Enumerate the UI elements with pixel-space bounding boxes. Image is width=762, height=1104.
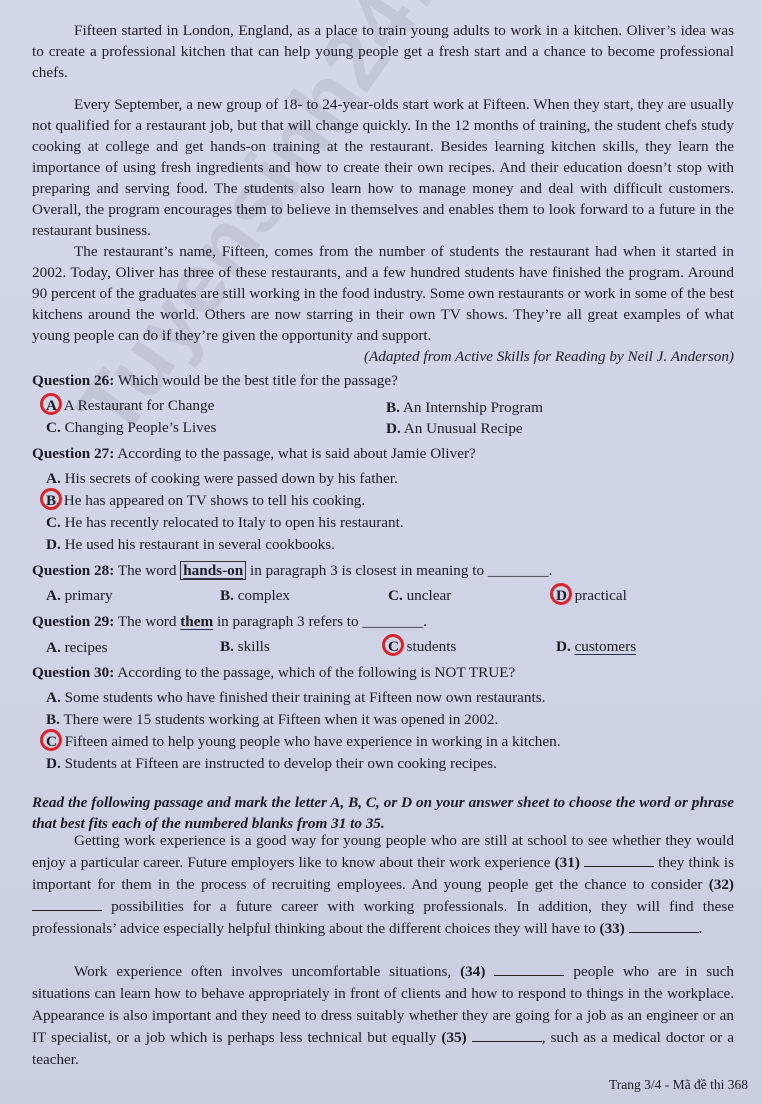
blank-33[interactable] xyxy=(629,920,699,933)
q30-option-a[interactable]: A. Some students who have finished their… xyxy=(46,687,545,708)
q30-option-b[interactable]: B. There were 15 students working at Fif… xyxy=(46,709,498,730)
question-28: Question 28: The word hands-on in paragr… xyxy=(32,560,734,581)
blank-35[interactable] xyxy=(472,1029,542,1042)
q26-option-d[interactable]: D. An Unusual Recipe xyxy=(386,418,523,439)
q30-option-c[interactable]: C. Fifteen aimed to help young people wh… xyxy=(46,731,561,752)
q26-option-c[interactable]: C. Changing People’s Lives xyxy=(46,417,216,438)
question-30: Question 30: According to the passage, w… xyxy=(32,662,734,683)
q27-option-d[interactable]: D. He used his restaurant in several coo… xyxy=(46,534,335,555)
keyword: hands-on xyxy=(180,561,246,580)
passage2-para2: Work experience often involves uncomfort… xyxy=(32,961,734,1071)
question-26: Question 26: Which would be the best tit… xyxy=(32,370,734,391)
q29-option-b[interactable]: B. skills xyxy=(220,636,270,657)
blank-31[interactable] xyxy=(584,854,654,867)
q26-option-b[interactable]: B. An Internship Program xyxy=(386,397,543,418)
q29-option-c[interactable]: C. students xyxy=(388,636,456,657)
page-footer: Trang 3/4 - Mã đề thi 368 xyxy=(609,1074,748,1095)
q26-option-a[interactable]: A. A Restaurant for Change xyxy=(46,395,214,416)
question-text: Which would be the best title for the pa… xyxy=(118,372,398,389)
passage1-para2: Every September, a new group of 18- to 2… xyxy=(32,94,734,241)
passage1-para1: Fifteen started in London, England, as a… xyxy=(32,20,734,83)
passage1-source: (Adapted from Active Skills for Reading … xyxy=(32,346,734,367)
q27-option-b[interactable]: B. He has appeared on TV shows to tell h… xyxy=(46,490,365,511)
passage1-para3: The restaurant’s name, Fifteen, comes fr… xyxy=(32,241,734,346)
q29-option-a[interactable]: A. recipes xyxy=(46,637,108,658)
q27-option-c[interactable]: C. He has recently relocated to Italy to… xyxy=(46,512,404,533)
passage2-para1: Getting work experience is a good way fo… xyxy=(32,830,734,940)
instruction: Read the following passage and mark the … xyxy=(32,792,734,834)
exam-page: Tuyensinh247.com Fifteen started in Lond… xyxy=(0,0,762,1104)
keyword: them xyxy=(180,613,213,630)
q30-option-d[interactable]: D. Students at Fifteen are instructed to… xyxy=(46,753,497,774)
question-27: Question 27: According to the passage, w… xyxy=(32,443,734,464)
q28-option-a[interactable]: A. primary xyxy=(46,585,113,606)
question-29: Question 29: The word them in paragraph … xyxy=(32,611,734,632)
q29-option-d[interactable]: D. customers xyxy=(556,636,636,657)
q27-option-a[interactable]: A. His secrets of cooking were passed do… xyxy=(46,468,398,489)
q28-option-b[interactable]: B. complex xyxy=(220,585,290,606)
q28-option-c[interactable]: C. unclear xyxy=(388,585,451,606)
blank-34[interactable] xyxy=(494,963,564,976)
blank-32[interactable] xyxy=(32,898,102,911)
question-label: Question 26: xyxy=(32,372,114,389)
q28-option-d[interactable]: D. practical xyxy=(556,585,627,606)
